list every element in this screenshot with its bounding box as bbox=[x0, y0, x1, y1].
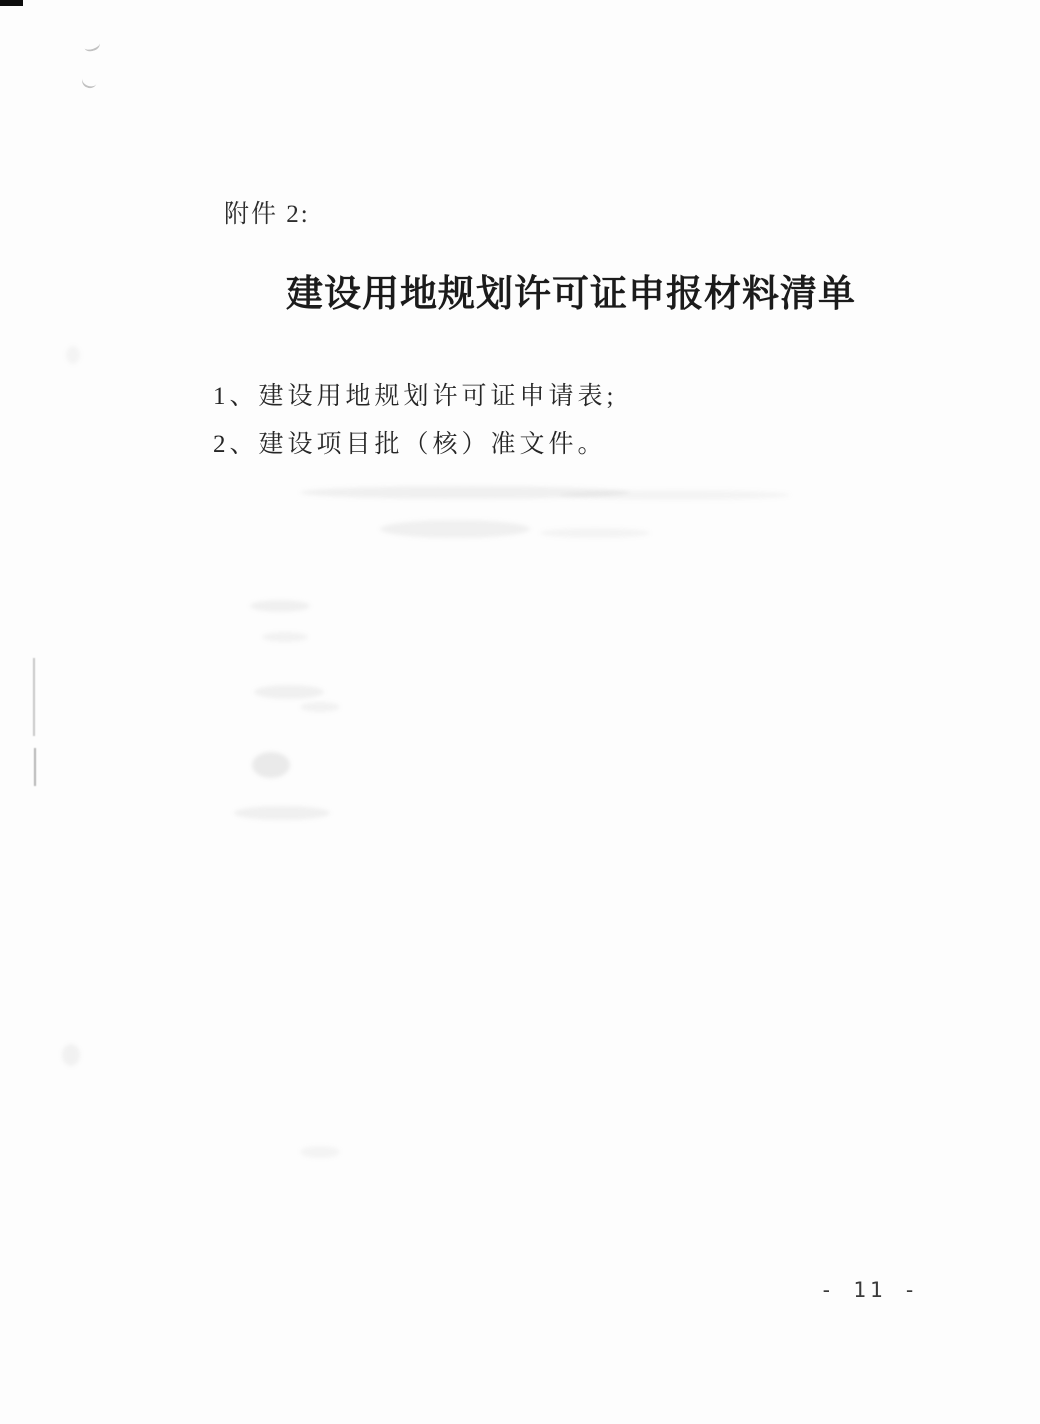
scan-artifact-smudge bbox=[62, 1044, 80, 1066]
list-item-2: 2、建设项目批（核）准文件。 bbox=[213, 424, 607, 460]
scan-artifact-corner-mark bbox=[0, 0, 23, 6]
scan-artifact-smudge bbox=[560, 490, 790, 500]
list-item-1: 1、建设用地规划许可证申请表; bbox=[213, 376, 617, 412]
scan-artifact-squiggle bbox=[80, 72, 99, 90]
scan-artifact-smudge bbox=[300, 702, 340, 712]
scan-artifact-smudge bbox=[234, 806, 330, 820]
scan-artifact-squiggle bbox=[83, 38, 102, 53]
scan-artifact-smudge bbox=[300, 1146, 340, 1158]
scan-artifact-smudge bbox=[380, 520, 530, 538]
scan-artifact-smudge bbox=[250, 600, 310, 612]
document-title: 建设用地规划许可证申报材料清单 bbox=[286, 263, 856, 317]
scan-artifact-smudge bbox=[262, 632, 308, 642]
scanned-document-page: 附件 2: 建设用地规划许可证申报材料清单 1、建设用地规划许可证申请表; 2、… bbox=[0, 0, 1040, 1424]
scan-artifact-edge-line bbox=[34, 748, 36, 786]
attachment-label: 附件 2: bbox=[224, 194, 310, 230]
scan-artifact-smudge bbox=[254, 685, 324, 699]
scan-artifact-smudge bbox=[252, 752, 290, 778]
scan-artifact-smudge bbox=[66, 346, 80, 364]
scan-artifact-smudge bbox=[540, 528, 650, 538]
scan-artifact-edge-line bbox=[33, 658, 35, 736]
page-number: - 11 - bbox=[820, 1278, 920, 1302]
